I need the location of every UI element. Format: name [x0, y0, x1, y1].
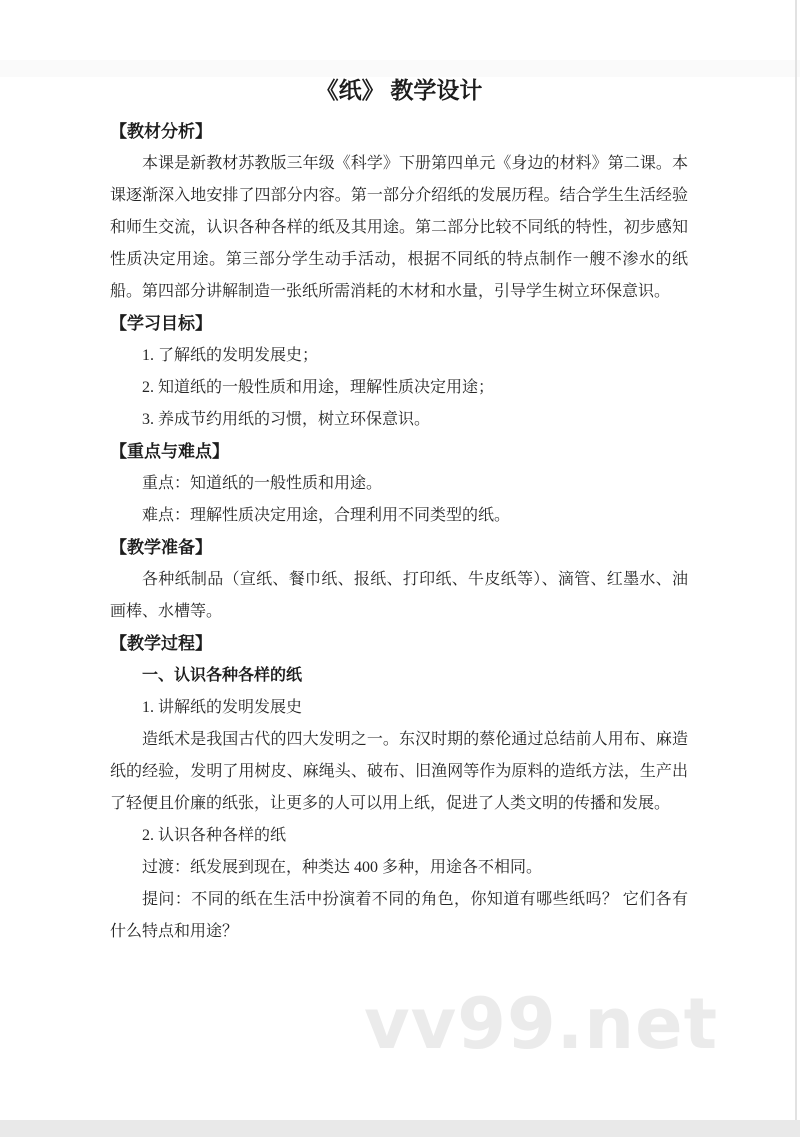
goal-item-1: 1. 了解纸的发明发展史；	[110, 340, 688, 372]
watermark: vv99.net	[364, 986, 718, 1063]
document-page: vv99.net 《纸》 教学设计 【教材分析】 本课是新教材苏教版三年级《科学…	[0, 0, 800, 1137]
process-step2-question: 提问：不同的纸在生活中扮演着不同的角色，你知道有哪些纸吗？ 它们各有什么特点和用…	[110, 884, 688, 948]
process-step1-title: 1. 讲解纸的发明发展史	[110, 692, 688, 724]
process-step2-title: 2. 认识各种各样的纸	[110, 820, 688, 852]
page-edge-line	[795, 0, 797, 1120]
analysis-paragraph: 本课是新教材苏教版三年级《科学》下册第四单元《身边的材料》第二课。本课逐渐深入地…	[110, 148, 688, 308]
section-header-key-difficult: 【重点与难点】	[110, 436, 688, 468]
section-header-preparation: 【教学准备】	[110, 532, 688, 564]
viewer-bottom-bar	[0, 1120, 800, 1137]
document-content: 《纸》 教学设计 【教材分析】 本课是新教材苏教版三年级《科学》下册第四单元《身…	[110, 74, 688, 948]
goal-item-3: 3. 养成节约用纸的习惯，树立环保意识。	[110, 404, 688, 436]
page-title: 《纸》 教学设计	[110, 74, 688, 108]
difficult-point-line: 难点：理解性质决定用途，合理利用不同类型的纸。	[110, 500, 688, 532]
preparation-paragraph: 各种纸制品（宣纸、餐巾纸、报纸、打印纸、牛皮纸等）、滴管、红墨水、油画棒、水槽等…	[110, 564, 688, 628]
process-step1-paragraph: 造纸术是我国古代的四大发明之一。东汉时期的蔡伦通过总结前人用布、麻造纸的经验，发…	[110, 724, 688, 820]
key-point-line: 重点：知道纸的一般性质和用途。	[110, 468, 688, 500]
goal-item-2: 2. 知道纸的一般性质和用途，理解性质决定用途；	[110, 372, 688, 404]
process-step2-transition: 过渡：纸发展到现在，种类达 400 多种，用途各不相同。	[110, 852, 688, 884]
process-part1-title: 一、认识各种各样的纸	[110, 660, 688, 692]
section-header-analysis: 【教材分析】	[110, 116, 688, 148]
section-header-process: 【教学过程】	[110, 628, 688, 660]
section-header-goals: 【学习目标】	[110, 308, 688, 340]
